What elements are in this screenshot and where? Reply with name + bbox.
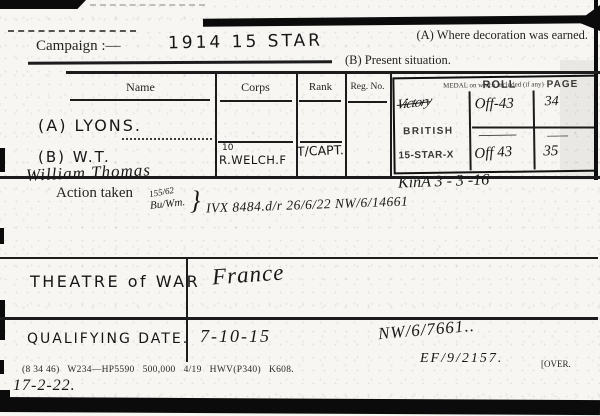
scan-bar-top-right: [203, 15, 593, 26]
header-corps: Corps: [215, 80, 296, 95]
roll-header-stamp: ROLL: [470, 79, 528, 92]
name-dotted-line: [122, 138, 212, 140]
corps-unit: 10: [222, 143, 233, 153]
note-where-earned: (A) Where decoration was earned.: [332, 28, 588, 43]
header-underline-rank: [299, 100, 341, 102]
action-ref-bottom: Bu/Wm.: [149, 196, 185, 212]
header-underline-corps: [220, 100, 292, 102]
medal-row1-medal: Victory: [395, 90, 470, 114]
header-reg-no: Reg. No.: [345, 82, 390, 92]
theatre-of-war-label: THEATRE of WAR: [30, 272, 200, 291]
reference-number-2: EF/9/2157.: [420, 351, 503, 367]
name-line-a: (A) LYONS.: [38, 116, 142, 135]
medal-box-divider-1: [469, 91, 472, 170]
theatre-top-line: [0, 257, 598, 259]
medal-box-divider-2: [533, 90, 536, 169]
action-brace: }: [190, 186, 200, 216]
medal-row3-roll: Off 43: [474, 144, 513, 163]
note-present-situation: (B) Present situation.: [345, 53, 451, 68]
medal-row1-page: 34: [545, 94, 559, 110]
medal-row2-page: —: [547, 127, 568, 143]
killed-in-action-note: KinA 3 - 3 -16: [398, 171, 490, 192]
campaign-underline: [28, 60, 332, 65]
medal-row3-page: 35: [543, 143, 558, 160]
page-header-stamp: PAGE: [534, 79, 590, 91]
qualifying-date-label: QUALIFYING DATE.: [27, 331, 189, 347]
form-print-line: (8 34 46) W234—HP5590 500,000 4/19 HWV(P…: [22, 365, 294, 375]
action-note-line: IVX 8484.d/r 26/6/22 NW/6/14661: [206, 193, 409, 216]
table-top-border: [66, 71, 600, 74]
scan-bar-bottom: [0, 397, 600, 415]
header-underline-reg: [348, 101, 387, 103]
action-taken-label: Action taken: [56, 185, 133, 202]
medal-row2-medal: BRITISH: [403, 126, 454, 138]
theatre-of-war-value: France: [211, 260, 285, 291]
scan-mark-left-4: [0, 360, 4, 374]
header-underline-name: [70, 99, 210, 101]
medal-index-card: Campaign :— 1914 15 STAR (A) Where decor…: [0, 0, 600, 416]
scan-dashes-top: [90, 4, 205, 6]
scan-blot-bottom-left: [0, 390, 10, 412]
medal-row1-roll: Off-43: [475, 96, 514, 114]
reference-number-1: NW/6/7661..: [377, 316, 475, 344]
header-name: Name: [66, 80, 215, 95]
medal-stamp-box: MEDAL on which included (if any) ROLL PA…: [392, 75, 597, 175]
written-date: 17-2-22.: [13, 377, 76, 395]
qualifying-top-line: [0, 317, 598, 320]
medal-row3-medal: 15-STAR-X: [398, 150, 454, 162]
scan-dashes-left: [8, 30, 136, 32]
scan-blot-top-left: [0, 0, 86, 9]
corps-name: R.WELCH.F: [219, 153, 287, 167]
scan-mark-left-2: [0, 228, 4, 244]
header-rank: Rank: [296, 81, 345, 93]
over-label: [OVER.: [541, 359, 571, 369]
rank-value: T/CAPT.: [297, 142, 344, 159]
medal-row2-roll: —: [479, 126, 516, 145]
scan-mark-left-3: [0, 300, 5, 340]
campaign-label: Campaign :—: [36, 38, 121, 55]
written-full-name: William Thomas: [26, 160, 152, 185]
campaign-value: 1914 15 STAR: [168, 31, 323, 54]
qualifying-date-value: 7-10-15: [200, 326, 271, 347]
scan-mark-left-1: [0, 148, 5, 172]
